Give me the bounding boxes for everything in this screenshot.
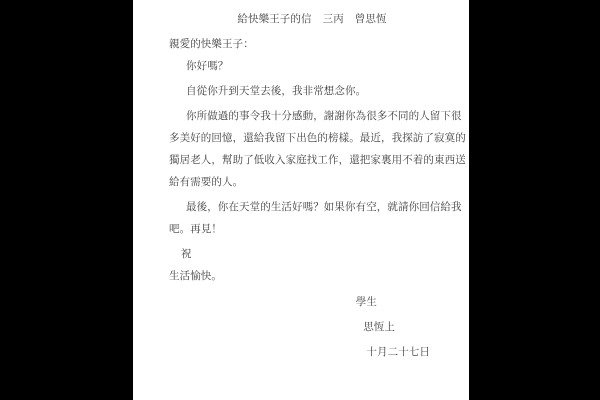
letter-body-line: 獨居老人，幫助了低收入家庭找工作，還把家裏用不着的東西送 — [169, 149, 455, 171]
signature-date: 十月二十七日 — [169, 341, 430, 363]
letter-body-line: 給有需要的人。 — [169, 171, 455, 193]
letter-title-author: 曾思恆 — [355, 8, 387, 30]
letter-body: 你好嗎？ 自從你升到天堂去後，我非常想念你。 你所做過的事令我十分感動，謝謝你為… — [169, 55, 455, 240]
letter-body-line: 你好嗎？ — [169, 55, 455, 77]
closing-lead: 祝 — [169, 243, 455, 265]
letter-body-line: 你所做過的事令我十分感動，謝謝你為很多不同的人留下很 — [169, 105, 455, 127]
signature-role: 學生 — [169, 291, 377, 313]
letter-title-main: 給快樂王子的信 — [237, 8, 311, 30]
backdrop: 給快樂王子的信 三丙 曾思恆 親愛的快樂王子： 你好嗎？ 自從你升到天堂去後，我… — [0, 0, 600, 400]
letter-body-line: 多美好的回憶，還給我留下出色的榜樣。最近，我探訪了寂寞的 — [169, 127, 455, 149]
letter-body-line: 吧。再見！ — [169, 218, 455, 240]
letter-body-line: 自從你升到天堂去後，我非常想念你。 — [169, 80, 455, 102]
salutation: 親愛的快樂王子： — [169, 33, 455, 55]
letter-page: 給快樂王子的信 三丙 曾思恆 親愛的快樂王子： 你好嗎？ 自從你升到天堂去後，我… — [133, 0, 469, 400]
letter-content: 給快樂王子的信 三丙 曾思恆 親愛的快樂王子： 你好嗎？ 自從你升到天堂去後，我… — [133, 0, 469, 400]
letter-title-class: 三丙 — [323, 8, 344, 30]
letter-body-line: 最後，你在天堂的生活好嗎？如果你有空，就請你回信給我 — [169, 196, 455, 218]
closing-wish: 生活愉快。 — [169, 265, 455, 287]
letter-title: 給快樂王子的信 三丙 曾思恆 — [169, 8, 455, 30]
signature-name: 思恆上 — [169, 316, 395, 338]
